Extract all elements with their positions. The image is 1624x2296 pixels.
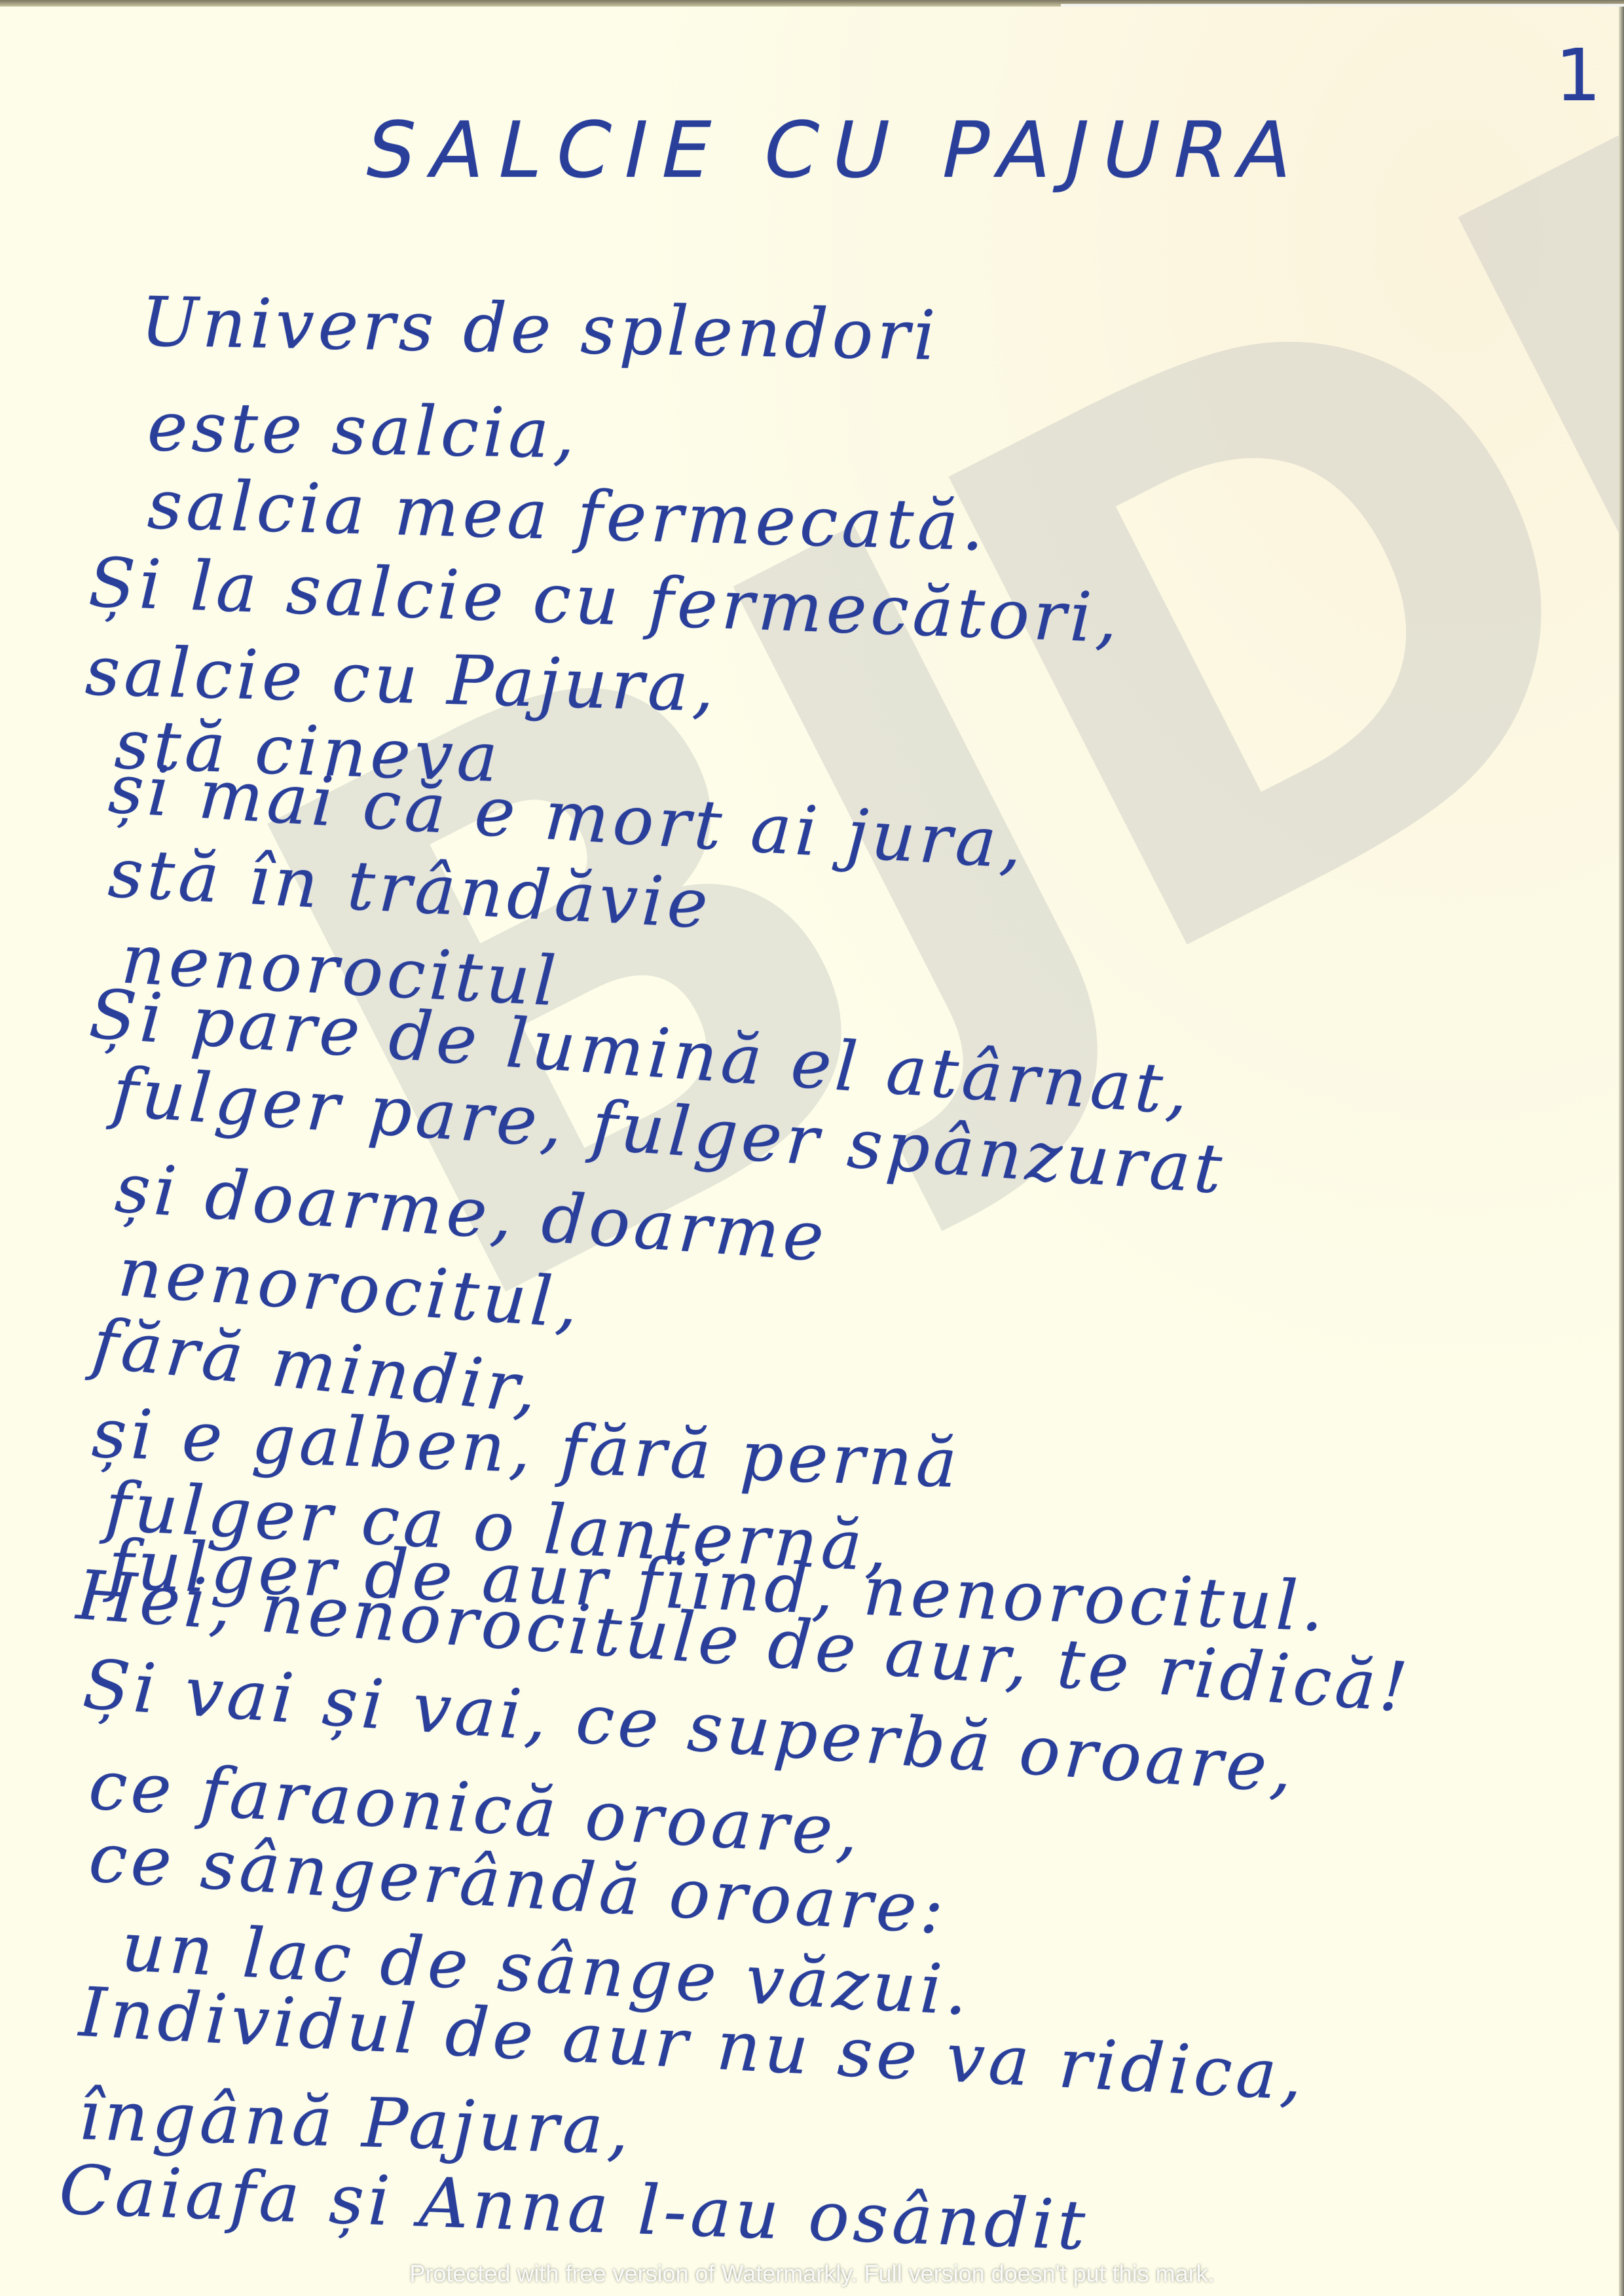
manuscript-page: BJDB 1 SALCIE CU PAJURA Univers de splen…	[0, 7, 1619, 2296]
poem-line: Univers de splendori	[140, 287, 940, 369]
scan-right-edge	[1619, 7, 1624, 2296]
poem-title: SALCIE CU PAJURA	[358, 111, 1314, 189]
poem-line: Caiafa și Anna l-au osândit	[58, 2156, 1090, 2260]
poem-line: salcia mea fermecată.	[147, 470, 989, 560]
page-number: 1	[1555, 39, 1601, 111]
poem-line: îngână Pajura,	[78, 2081, 634, 2164]
watermarkly-notice: Protected with free version of Watermark…	[0, 2260, 1624, 2287]
poem-line: este salcia,	[147, 392, 579, 467]
